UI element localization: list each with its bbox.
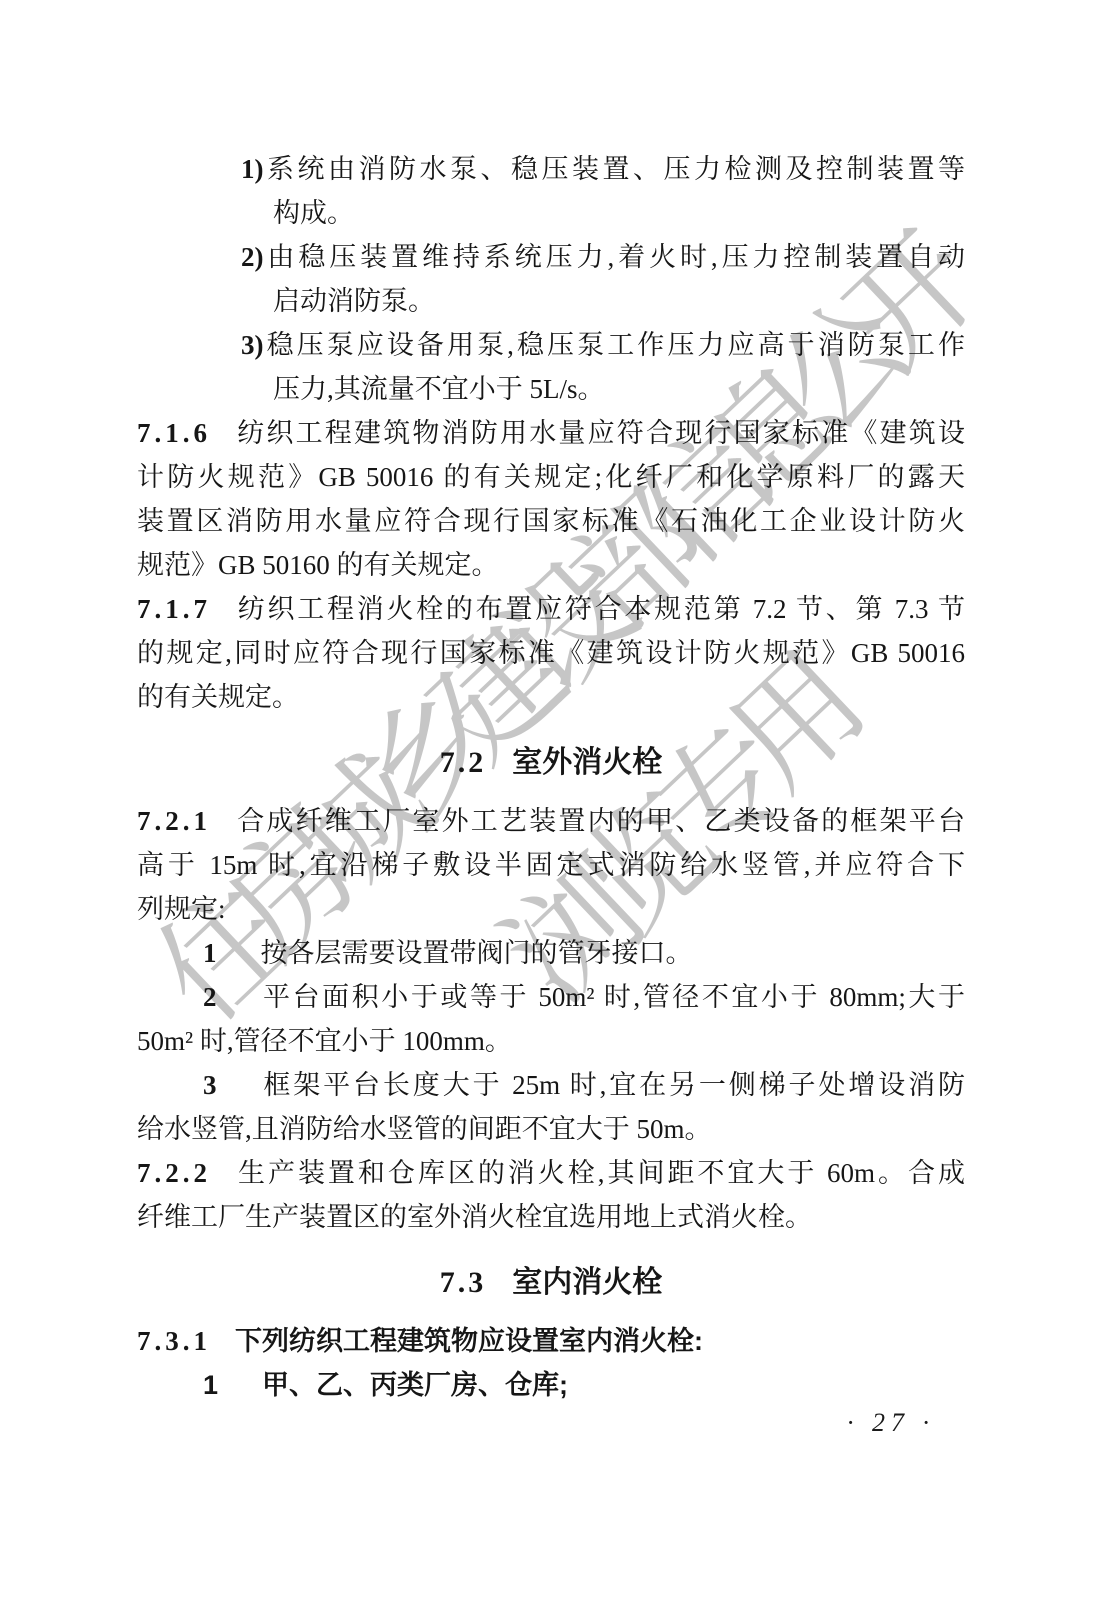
text-run: 计防火规范》GB 50016 的有关规定;化纤厂和化学原料厂的露天: [137, 462, 965, 492]
text-run: 框架平台长度大于 25m 时,宜在另一侧梯子处增设消防: [261, 1070, 966, 1100]
sub-item-1-bold: 1甲、乙、丙类厂房、仓库;: [137, 1363, 965, 1407]
text-line: 3框架平台长度大于 25m 时,宜在另一侧梯子处增设消防: [137, 1063, 965, 1107]
text-run: 50m² 时,管径不宜小于 100mm。: [137, 1026, 512, 1056]
clause-number: 7.3.1: [137, 1326, 211, 1356]
ordered-list-item-1: 1)系统由消防水泵、稳压装置、压力检测及控制装置等 构成。: [137, 147, 965, 235]
text-run: 合成纤维工厂室外工艺装置内的甲、乙类设备的框架平台: [235, 806, 965, 836]
page-number: · 27 ·: [847, 1408, 935, 1438]
ordered-list-item-3: 3)稳压泵应设备用泵,稳压泵工作压力应高于消防泵工作 压力,其流量不宜小于 5L…: [137, 323, 965, 411]
text-run: 压力,其流量不宜小于 5L/s。: [273, 374, 605, 404]
sub-item-2: 2平台面积小于或等于 50m² 时,管径不宜小于 80mm;大于 50m² 时,…: [137, 975, 965, 1063]
section-number: 7.2: [440, 746, 487, 779]
ordered-list-item-2: 2)由稳压装置维持系统压力,着火时,压力控制装置自动 启动消防泵。: [137, 235, 965, 323]
text-run: 构成。: [273, 198, 354, 228]
text-run: 平台面积小于或等于 50m² 时,管径不宜小于 80mm;大于: [261, 982, 966, 1012]
text-line: 7.2.1合成纤维工厂室外工艺装置内的甲、乙类设备的框架平台: [137, 799, 965, 843]
text-run: 列规定:: [137, 894, 226, 924]
text-run: 启动消防泵。: [273, 286, 435, 316]
list-marker: 3): [241, 330, 264, 360]
text-run: 纤维工厂生产装置区的室外消火栓宜选用地上式消火栓。: [137, 1202, 812, 1232]
text-run: 甲、乙、丙类厂房、仓库;: [262, 1370, 568, 1400]
text-run: 按各层需要设置带阀门的管牙接口。: [261, 938, 693, 968]
clause-7-2-2: 7.2.2生产装置和仓库区的消火栓,其间距不宜大于 60m。合成 纤维工厂生产装…: [137, 1151, 965, 1239]
text-line: 2平台面积小于或等于 50m² 时,管径不宜小于 80mm;大于: [137, 975, 965, 1019]
section-title: 室内消火栓: [512, 1266, 662, 1299]
text-line: 纤维工厂生产装置区的室外消火栓宜选用地上式消火栓。: [137, 1195, 965, 1239]
text-line: 构成。: [137, 191, 965, 235]
clause-number: 7.1.7: [137, 594, 211, 624]
text-line: 的规定,同时应符合现行国家标准《建筑设计防火规范》GB 50016: [137, 631, 965, 675]
text-run: 的有关规定。: [137, 682, 299, 712]
sub-item-number: 1: [203, 938, 217, 968]
sub-item-3: 3框架平台长度大于 25m 时,宜在另一侧梯子处增设消防 给水竖管,且消防给水竖…: [137, 1063, 965, 1151]
text-run: 由稳压装置维持系统压力,着火时,压力控制装置自动: [264, 242, 966, 272]
text-run: 规范》GB 50160 的有关规定。: [137, 550, 499, 580]
sub-item-number: 3: [203, 1070, 217, 1100]
clause-number: 7.1.6: [137, 418, 211, 448]
text-line: 给水竖管,且消防给水竖管的间距不宜大于 50m。: [137, 1107, 965, 1151]
text-line: 7.1.6纺织工程建筑物消防用水量应符合现行国家标准《建筑设: [137, 411, 965, 455]
text-line: 装置区消防用水量应符合现行国家标准《石油化工企业设计防火: [137, 499, 965, 543]
document-page: 住房城乡建设部信息公开 浏览专用 1)系统由消防水泵、稳压装置、压力检测及控制装…: [0, 0, 1102, 1598]
list-marker: 1): [241, 154, 264, 184]
section-number: 7.3: [440, 1266, 487, 1299]
text-line: 计防火规范》GB 50016 的有关规定;化纤厂和化学原料厂的露天: [137, 455, 965, 499]
text-run: 给水竖管,且消防给水竖管的间距不宜大于 50m。: [137, 1114, 712, 1144]
text-run: 纺织工程消火栓的布置应符合本规范第 7.2 节、第 7.3 节: [235, 594, 965, 624]
clause-7-1-6: 7.1.6纺织工程建筑物消防用水量应符合现行国家标准《建筑设 计防火规范》GB …: [137, 411, 965, 587]
clause-number: 7.2.1: [137, 806, 211, 836]
text-line: 1)系统由消防水泵、稳压装置、压力检测及控制装置等: [137, 147, 965, 191]
text-line: 1按各层需要设置带阀门的管牙接口。: [137, 931, 965, 975]
text-line: 7.3.1下列纺织工程建筑物应设置室内消火栓:: [137, 1319, 965, 1363]
section-heading-7-2: 7.2室外消火栓: [137, 741, 965, 785]
text-run: 的规定,同时应符合现行国家标准《建筑设计防火规范》GB 50016: [137, 638, 965, 668]
text-line: 启动消防泵。: [137, 279, 965, 323]
text-line: 50m² 时,管径不宜小于 100mm。: [137, 1019, 965, 1063]
list-marker: 2): [241, 242, 264, 272]
text-run: 稳压泵应设备用泵,稳压泵工作压力应高于消防泵工作: [264, 330, 966, 360]
section-heading-7-3: 7.3室内消火栓: [137, 1261, 965, 1305]
section-title: 室外消火栓: [512, 746, 662, 779]
clause-7-2-1: 7.2.1合成纤维工厂室外工艺装置内的甲、乙类设备的框架平台 高于 15m 时,…: [137, 799, 965, 931]
text-line: 1甲、乙、丙类厂房、仓库;: [137, 1363, 965, 1407]
text-line: 3)稳压泵应设备用泵,稳压泵工作压力应高于消防泵工作: [137, 323, 965, 367]
text-run: 系统由消防水泵、稳压装置、压力检测及控制装置等: [264, 154, 966, 184]
text-run: 纺织工程建筑物消防用水量应符合现行国家标准《建筑设: [235, 418, 965, 448]
text-run: 高于 15m 时,宜沿梯子敷设半固定式消防给水竖管,并应符合下: [137, 850, 965, 880]
clause-number: 7.2.2: [137, 1158, 211, 1188]
sub-item-1: 1按各层需要设置带阀门的管牙接口。: [137, 931, 965, 975]
text-line: 压力,其流量不宜小于 5L/s。: [137, 367, 965, 411]
text-column: 1)系统由消防水泵、稳压装置、压力检测及控制装置等 构成。 2)由稳压装置维持系…: [137, 147, 965, 1407]
clause-7-3-1: 7.3.1下列纺织工程建筑物应设置室内消火栓:: [137, 1319, 965, 1363]
text-run: 装置区消防用水量应符合现行国家标准《石油化工企业设计防火: [137, 506, 965, 536]
text-run: 下列纺织工程建筑物应设置室内消火栓:: [235, 1326, 703, 1356]
clause-7-1-7: 7.1.7纺织工程消火栓的布置应符合本规范第 7.2 节、第 7.3 节 的规定…: [137, 587, 965, 719]
sub-item-number: 1: [203, 1370, 218, 1400]
text-line: 2)由稳压装置维持系统压力,着火时,压力控制装置自动: [137, 235, 965, 279]
sub-item-number: 2: [203, 982, 217, 1012]
text-line: 7.1.7纺织工程消火栓的布置应符合本规范第 7.2 节、第 7.3 节: [137, 587, 965, 631]
text-line: 列规定:: [137, 887, 965, 931]
text-run: 生产装置和仓库区的消火栓,其间距不宜大于 60m。合成: [235, 1158, 965, 1188]
text-line: 的有关规定。: [137, 675, 965, 719]
text-line: 规范》GB 50160 的有关规定。: [137, 543, 965, 587]
text-line: 7.2.2生产装置和仓库区的消火栓,其间距不宜大于 60m。合成: [137, 1151, 965, 1195]
text-line: 高于 15m 时,宜沿梯子敷设半固定式消防给水竖管,并应符合下: [137, 843, 965, 887]
